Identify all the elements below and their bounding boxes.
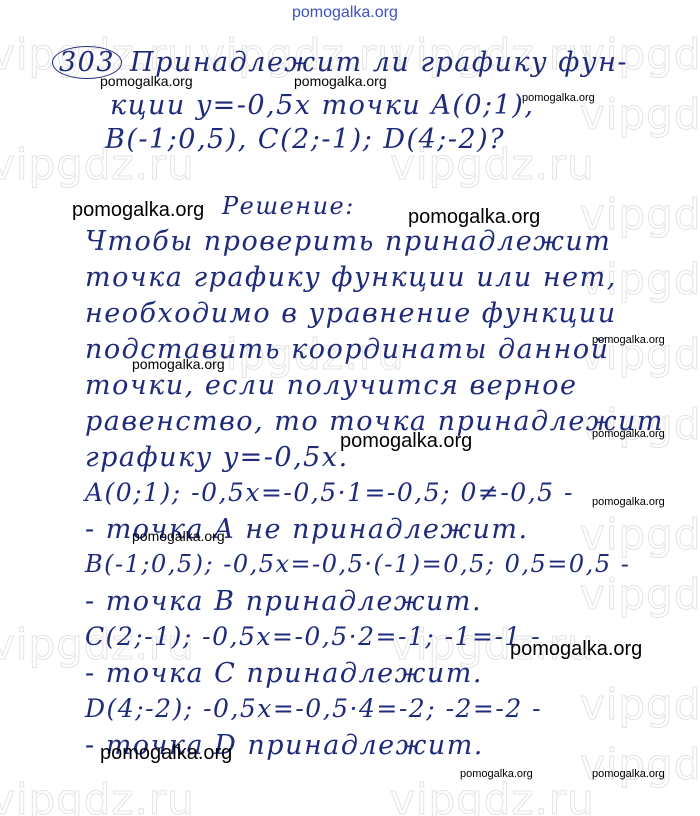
background-watermark: vipgdz.ru [580,680,700,729]
solution-point-d: D(4;-2); -0,5x=-0,5·4=-2; -2=-2 - [85,694,542,723]
overlay-watermark: pomogalka.org [340,430,472,453]
overlay-watermark: pomogalka.org [100,73,193,89]
solution-point-b: B(-1;0,5); -0,5x=-0,5·(-1)=0,5; 0,5=0,5 … [85,550,630,578]
site-link[interactable]: pomogalka.org [292,4,398,22]
overlay-watermark: pomogalka.org [294,73,387,89]
overlay-watermark: pomogalka.org [592,768,665,780]
overlay-watermark: pomogalka.org [72,199,204,222]
background-watermark: vipgdz.ru [580,90,700,139]
problem-line-3: B(-1;0,5), C(2;-1); D(4;-2)? [105,124,505,155]
overlay-watermark: pomogalka.org [592,496,665,508]
overlay-watermark: pomogalka.org [522,92,595,104]
overlay-watermark: pomogalka.org [510,638,642,661]
homework-page: vipgdz.ru vipgdz.ru vipgdz.ru vipgdz.ru … [0,0,700,816]
solution-point-a: A(0;1); -0,5x=-0,5·1=-0,5; 0≠-0,5 - [85,478,574,507]
solution-point-c: C(2;-1); -0,5x=-0,5·2=-1; -1=-1 - [85,622,541,651]
solution-line: точки, если получится верное [85,370,577,401]
solution-line: точка графику функции или нет, [85,262,617,293]
overlay-watermark: pomogalka.org [100,742,232,765]
solution-line: Чтобы проверить принадлежит [85,226,611,257]
solution-point-b-conclusion: - точка B принадлежит. [85,586,482,617]
solution-line: графику y=-0,5x. [85,442,349,473]
overlay-watermark: pomogalka.org [132,528,225,544]
overlay-watermark: pomogalka.org [132,356,225,372]
background-watermark: vipgdz.ru [580,740,700,789]
overlay-watermark: pomogalka.org [408,206,540,229]
solution-line: необходимо в уравнение функции [85,298,617,329]
solution-point-c-conclusion: - точка C принадлежит. [85,658,483,689]
background-watermark: vipgdz.ru [390,775,595,816]
overlay-watermark: pomogalka.org [460,768,533,780]
problem-line-2: кции y=-0,5x точки A(0;1), [110,90,534,121]
solution-heading: Решение: [222,192,355,220]
overlay-watermark: pomogalka.org [592,334,665,346]
background-watermark: vipgdz.ru [0,775,195,816]
overlay-watermark: pomogalka.org [592,428,665,440]
